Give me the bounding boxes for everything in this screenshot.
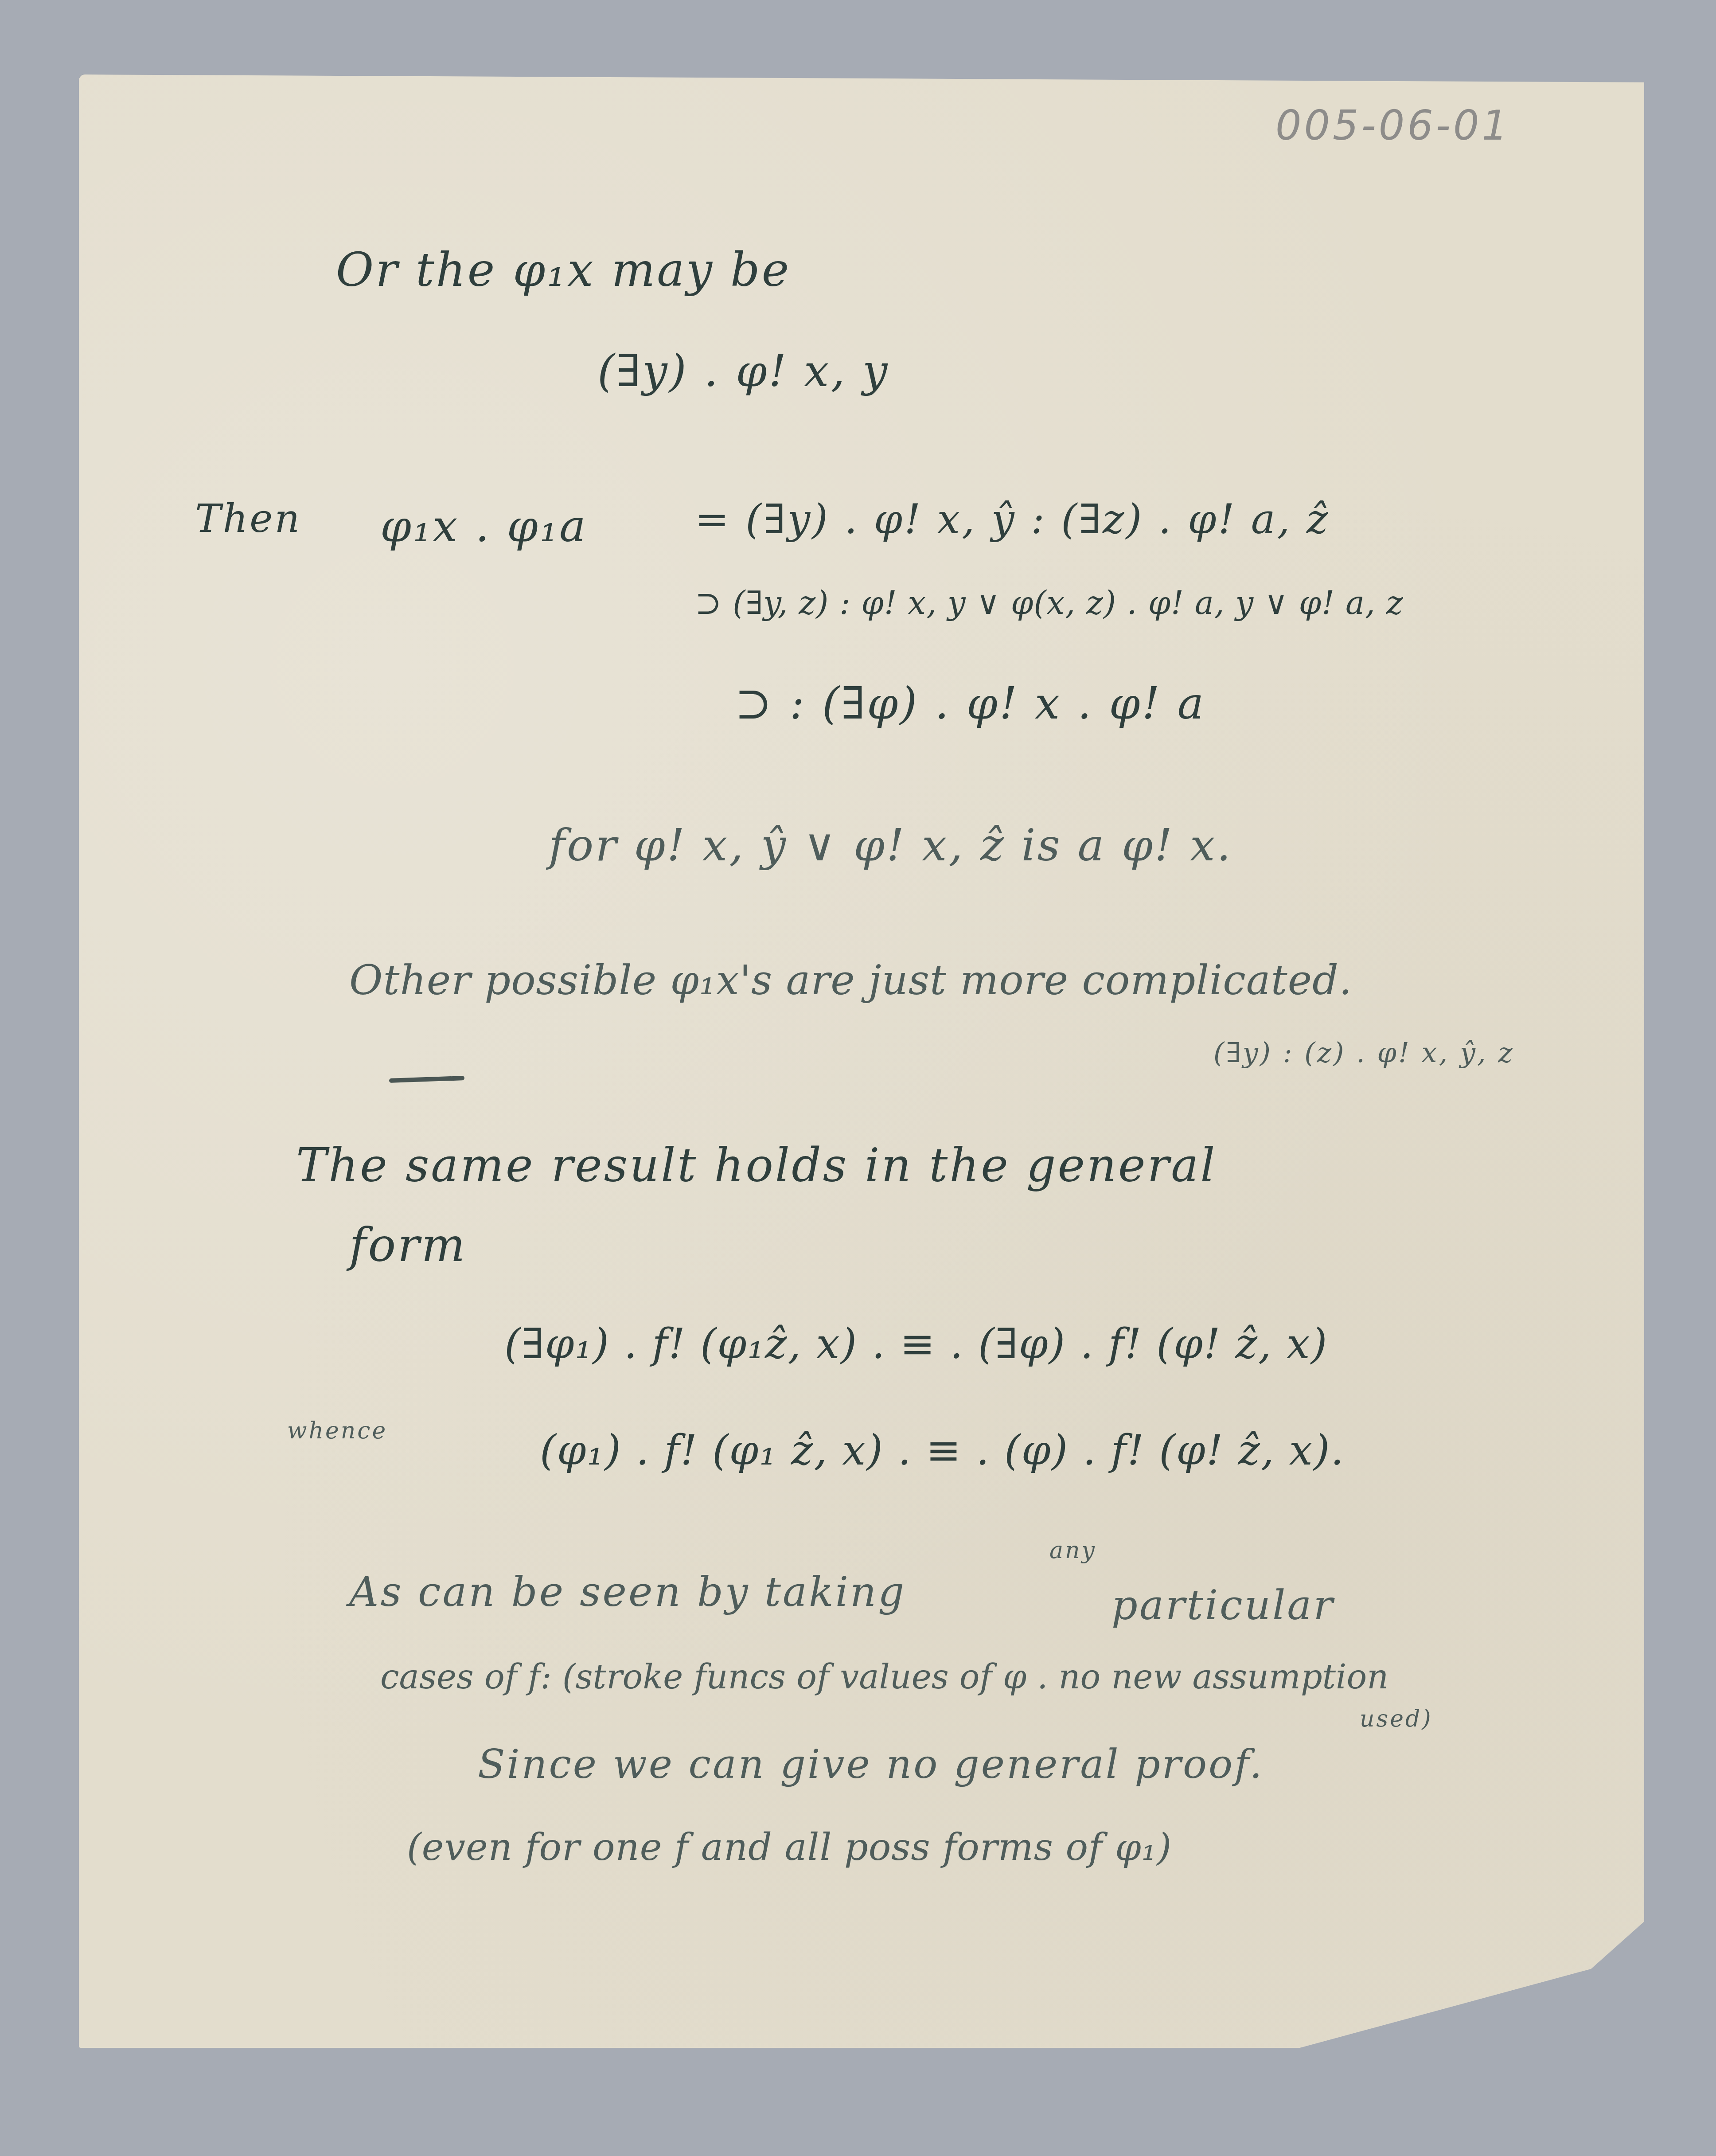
seen-insert-any: any	[1049, 1537, 1096, 1564]
general-result-line-2: form	[349, 1218, 467, 1272]
reason-text: for φ! x, ŷ ∨ φ! x, ẑ is a φ! x.	[549, 819, 1232, 871]
equation-rhs-line-1: = (∃y) . φ! x, ŷ : (∃z) . φ! a, ẑ	[695, 496, 1330, 543]
since-text: Since we can give no general proof.	[478, 1741, 1264, 1788]
section-divider	[389, 1076, 464, 1083]
seen-text-b: particular	[1111, 1582, 1334, 1629]
even-text: (even for one f and all poss forms of φ₁…	[407, 1825, 1172, 1869]
other-forms-example: (∃y) : (z) . φ! x, ŷ, z	[1213, 1036, 1514, 1069]
general-result-line-1: The same result holds in the general	[296, 1138, 1217, 1192]
cases-insert-used: used)	[1360, 1706, 1433, 1732]
seen-text-a: As can be seen by taking	[349, 1568, 906, 1616]
equation-lhs: φ₁x . φ₁a	[380, 500, 588, 552]
other-forms-text: Other possible φ₁x's are just more compl…	[349, 957, 1352, 1004]
then-label: Then	[195, 496, 301, 541]
whence-label: whence	[287, 1418, 387, 1444]
equation-rhs-line-3: ⊃ : (∃φ) . φ! x . φ! a	[735, 677, 1205, 729]
intro-formula: (∃y) . φ! x, y	[597, 345, 889, 397]
cases-text: cases of f: (stroke funcs of values of φ…	[380, 1657, 1388, 1696]
manuscript-page: 005-06-01 Or the φ₁x may be (∃y) . φ! x,…	[79, 74, 1644, 2048]
equation-rhs-line-2: ⊃ (∃y, z) : φ! x, y ∨ φ(x, z) . φ! a, y …	[695, 584, 1404, 621]
archive-id: 005-06-01	[1275, 102, 1510, 149]
general-formula: (∃φ₁) . f! (φ₁ẑ, x) . ≡ . (∃φ) . f! (φ! …	[504, 1320, 1328, 1368]
intro-text: Or the φ₁x may be	[336, 243, 791, 297]
whence-formula: (φ₁) . f! (φ₁ ẑ, x) . ≡ . (φ) . f! (φ! ẑ…	[540, 1426, 1345, 1475]
